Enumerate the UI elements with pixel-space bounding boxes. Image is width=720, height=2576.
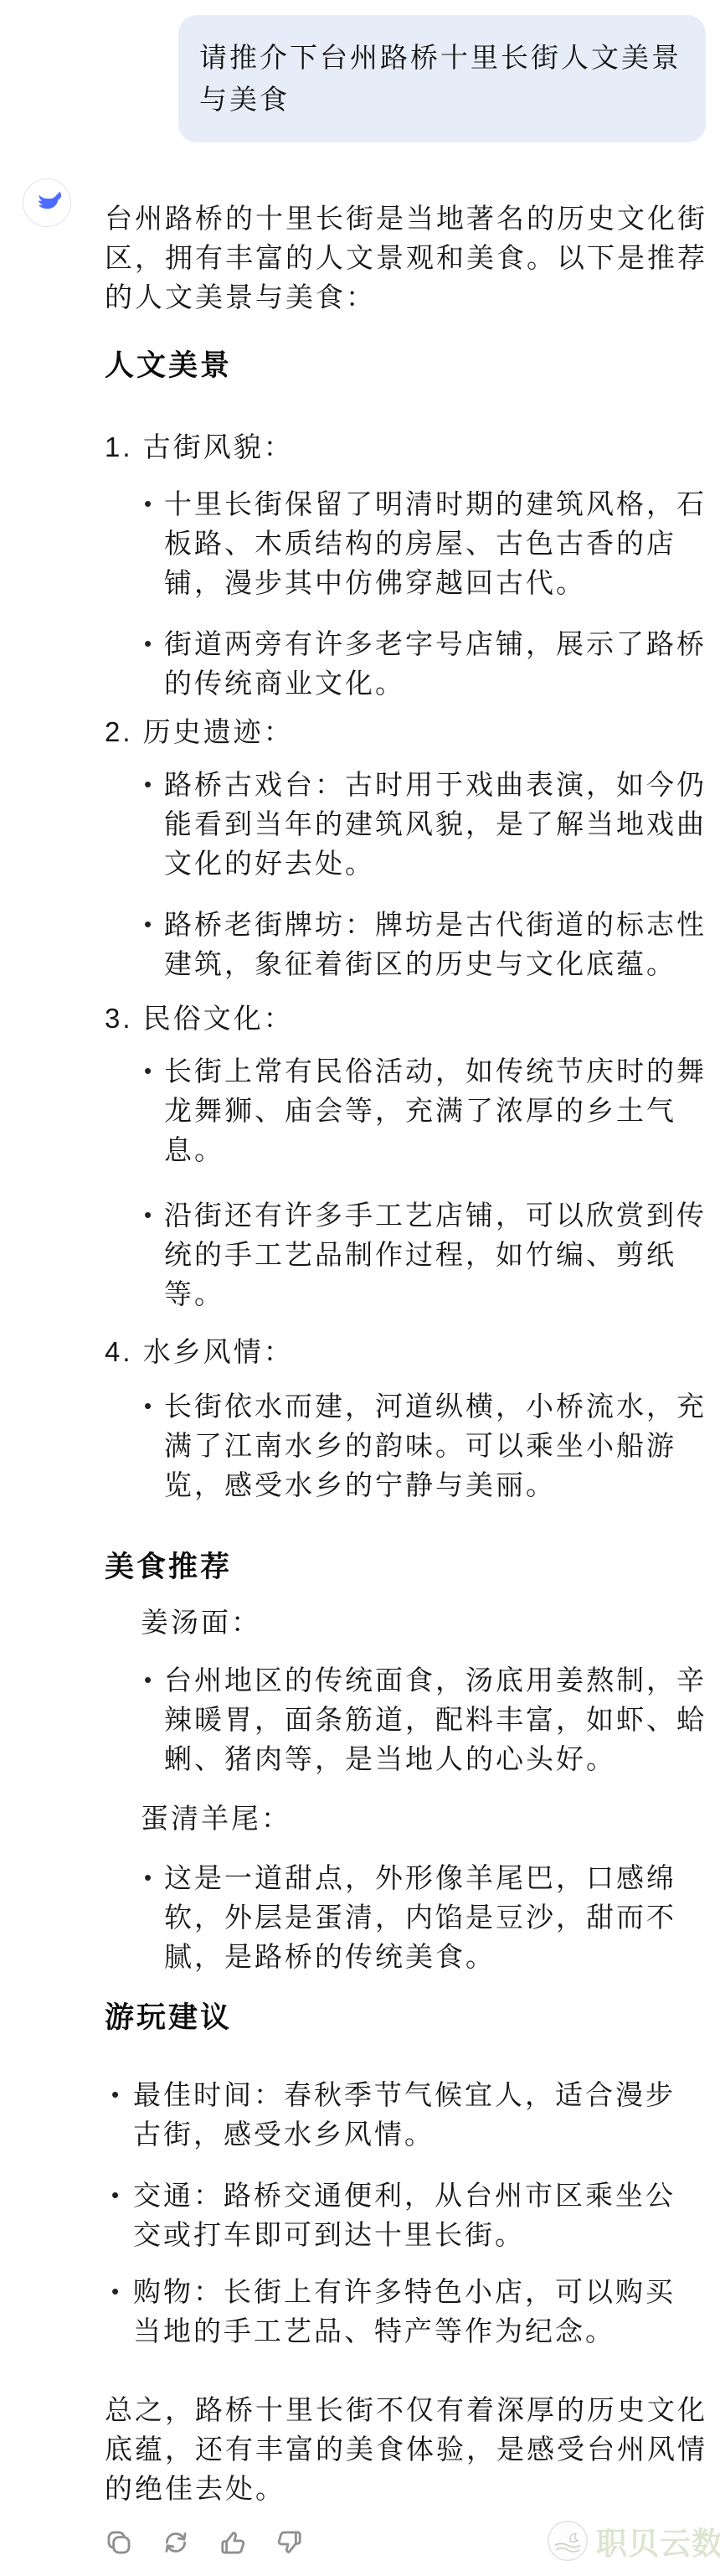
user-message-text: 请推介下台州路桥十里长街人文美景与美食 (199, 42, 681, 115)
bullet-item: 长街上常有民俗活动，如传统节庆时的舞龙舞狮、庙会等，充满了浓厚的乡土气息。 (144, 1051, 707, 1169)
bullet-item: 这是一道甜点，外形像羊尾巴，口感绵软，外层是蛋清，内馅是豆沙，甜而不腻，是路桥的… (144, 1858, 707, 1976)
bullet-item: 最佳时间：春秋季节气候宜人，适合漫步古街，感受水乡风情。 (111, 2075, 707, 2154)
assistant-intro: 台州路桥的十里长街是当地著名的历史文化街区，拥有丰富的人文景观和美食。以下是推荐… (105, 199, 707, 317)
user-message-row: 请推介下台州路桥十里长街人文美景与美食 (178, 15, 706, 142)
chat-page: 请推介下台州路桥十里长街人文美景与美食 台州路桥的十里长街是当地著名的历史文化街… (0, 0, 720, 2576)
bullet-item: 路桥老街牌坊：牌坊是古代街道的标志性建筑，象征着街区的历史与文化底蕴。 (144, 905, 707, 983)
numbered-item-title: 1. 古街风貌： (105, 427, 707, 467)
bullet-text: 街道两旁有许多老字号店铺，展示了路桥的传统商业文化。 (164, 624, 707, 703)
bullet-item: 沿街还有许多手工艺店铺，可以欣赏到传统的手工艺品制作过程，如竹编、剪纸等。 (144, 1195, 707, 1314)
bullet-item: 交通：路桥交通便利，从台州市区乘坐公交或打车即可到达十里长街。 (111, 2176, 707, 2254)
thumbs-down-icon (275, 2528, 304, 2557)
bullet-item: 长街依水而建，河道纵横，小桥流水，充满了江南水乡的韵味。可以乘坐小船游览，感受水… (144, 1386, 707, 1505)
watermark: 职贝云数 (546, 2518, 720, 2563)
bullet-text: 最佳时间：春秋季节气候宜人，适合漫步古街，感受水乡风情。 (133, 2075, 702, 2154)
numbered-item-title: 4. 水乡风情： (105, 1332, 707, 1371)
dislike-button[interactable] (275, 2528, 304, 2557)
bullet-text: 十里长街保留了明清时期的建筑风格，石板路、木质结构的房屋、古色古香的店铺，漫步其… (164, 484, 707, 602)
regenerate-button[interactable] (162, 2528, 190, 2557)
bullet-item: 购物：长街上有许多特色小店，可以购买当地的手工艺品、特产等作为纪念。 (111, 2272, 707, 2351)
food-item-title: 蛋清羊尾： (141, 1799, 707, 1838)
section-heading-tips: 游玩建议 (105, 1998, 707, 2037)
assistant-avatar (23, 178, 71, 227)
bullet-item: 十里长街保留了明清时期的建筑风格，石板路、木质结构的房屋、古色古香的店铺，漫步其… (144, 484, 707, 602)
numbered-item-title: 2. 历史遗迹： (105, 712, 707, 751)
deepseek-whale-icon (30, 186, 64, 219)
food-item-title: 姜汤面： (141, 1603, 707, 1642)
numbered-item-title: 3. 民俗文化： (105, 999, 707, 1038)
bullet-text: 台州地区的传统面食，汤底用姜熬制，辛辣暖胃，面条筋道，配料丰富，如虾、蛤蜊、猪肉… (164, 1660, 707, 1778)
assistant-message: 台州路桥的十里长街是当地著名的历史文化街区，拥有丰富的人文景观和美食。以下是推荐… (105, 199, 707, 2557)
assistant-outro: 总之，路桥十里长街不仅有着深厚的历史文化底蕴，还有丰富的美食体验，是感受台州风情… (105, 2390, 707, 2508)
bullet-item: 街道两旁有许多老字号店铺，展示了路桥的传统商业文化。 (144, 624, 707, 703)
bullet-text: 路桥老街牌坊：牌坊是古代街道的标志性建筑，象征着街区的历史与文化底蕴。 (164, 905, 707, 983)
bullet-item: 台州地区的传统面食，汤底用姜熬制，辛辣暖胃，面条筋道，配料丰富，如虾、蛤蜊、猪肉… (144, 1660, 707, 1778)
bullet-text: 交通：路桥交通便利，从台州市区乘坐公交或打车即可到达十里长街。 (133, 2176, 702, 2254)
watermark-logo-icon (546, 2519, 589, 2563)
watermark-text: 职贝云数 (596, 2518, 720, 2563)
like-button[interactable] (219, 2528, 247, 2557)
section-heading-food: 美食推荐 (105, 1547, 707, 1587)
bullet-text: 路桥古戏台：古时用于戏曲表演，如今仍能看到当年的建筑风貌，是了解当地戏曲文化的好… (164, 765, 707, 883)
regenerate-icon (162, 2528, 190, 2557)
bullet-item: 路桥古戏台：古时用于戏曲表演，如今仍能看到当年的建筑风貌，是了解当地戏曲文化的好… (144, 765, 707, 883)
bullet-text: 这是一道甜点，外形像羊尾巴，口感绵软，外层是蛋清，内馅是豆沙，甜而不腻，是路桥的… (164, 1858, 707, 1976)
copy-icon (105, 2528, 133, 2557)
bullet-text: 沿街还有许多手工艺店铺，可以欣赏到传统的手工艺品制作过程，如竹编、剪纸等。 (164, 1195, 707, 1314)
copy-button[interactable] (105, 2528, 133, 2557)
user-message-bubble: 请推介下台州路桥十里长街人文美景与美食 (178, 15, 706, 142)
bullet-text: 长街上常有民俗活动，如传统节庆时的舞龙舞狮、庙会等，充满了浓厚的乡土气息。 (164, 1051, 707, 1169)
section-heading-scenery: 人文美景 (105, 346, 707, 385)
bullet-text: 长街依水而建，河道纵横，小桥流水，充满了江南水乡的韵味。可以乘坐小船游览，感受水… (164, 1386, 707, 1505)
thumbs-up-icon (219, 2528, 247, 2557)
bullet-text: 购物：长街上有许多特色小店，可以购买当地的手工艺品、特产等作为纪念。 (133, 2272, 702, 2351)
